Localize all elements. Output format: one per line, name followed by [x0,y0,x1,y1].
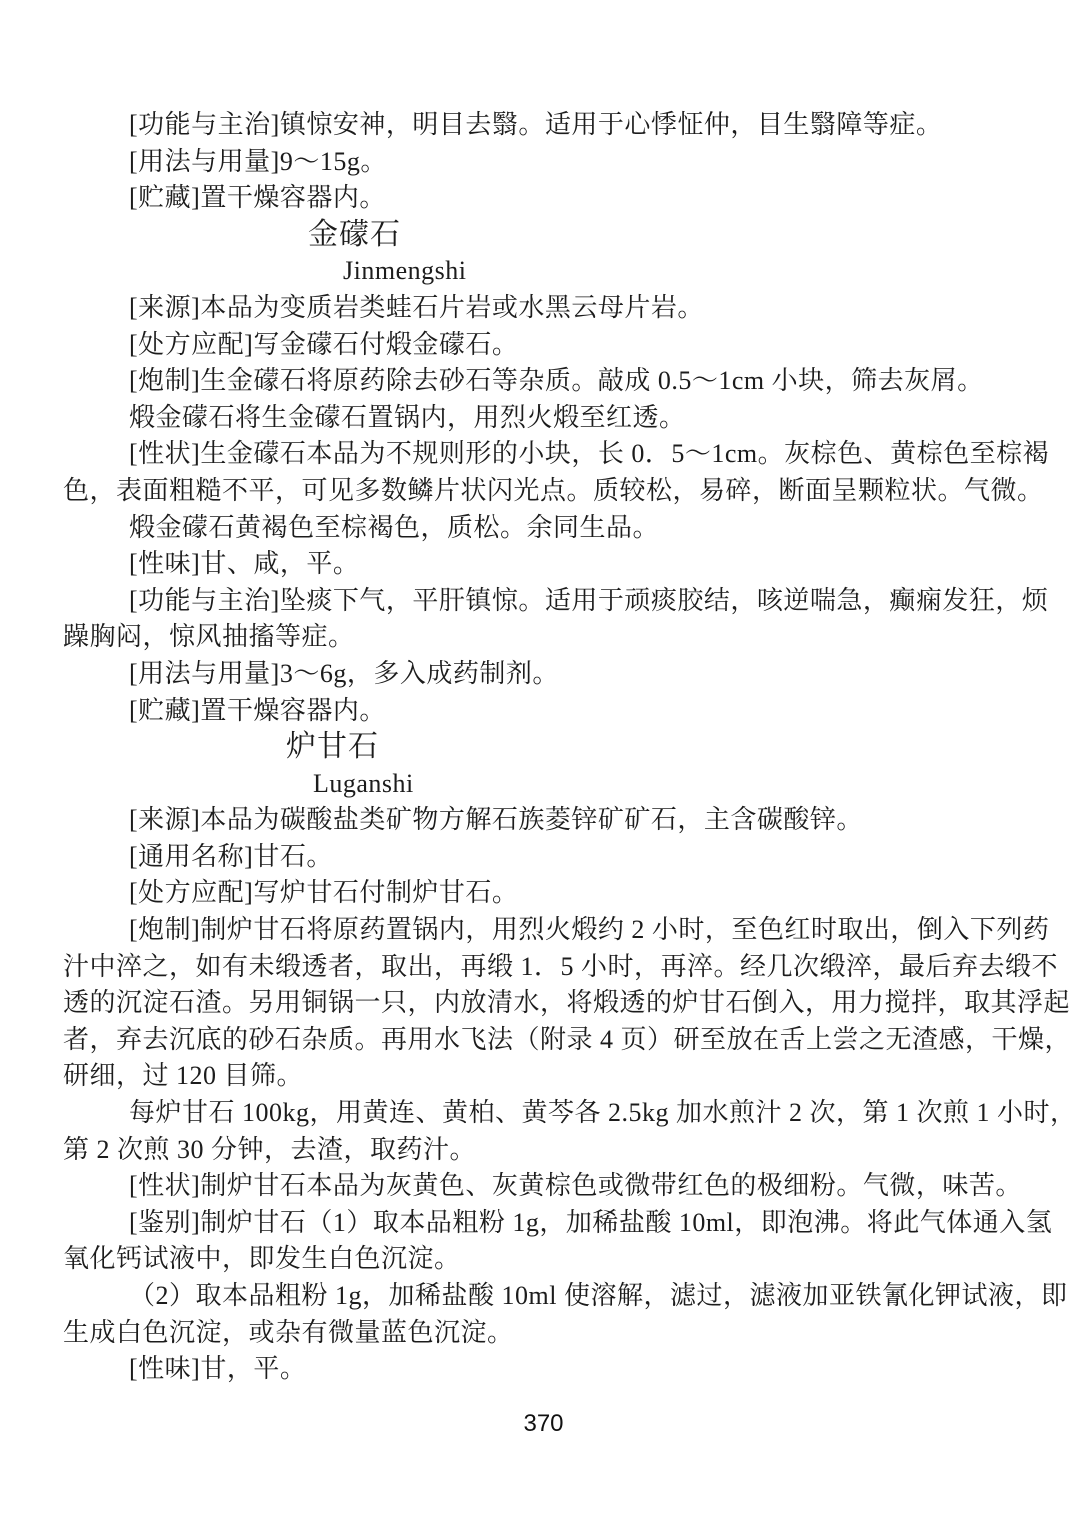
text-line: [性味]甘、咸，平。 [63,546,1027,583]
text-line: [炮制]生金礞石将原药除去砂石等杂质。敲成 0.5～1cm 小块，筛去灰屑。 [63,363,1027,400]
section-title: 金礞石 [308,217,1027,254]
page-number: 370 [0,1410,1087,1438]
text-line: 氧化钙试液中，即发生白色沉淀。 [63,1241,1027,1278]
text-line: [处方应配]写金礞石付煅金礞石。 [63,327,1027,364]
text-line: [鉴别]制炉甘石（1）取本品粗粉 1g，加稀盐酸 10ml，即泡沸。将此气体通入… [63,1205,1027,1242]
text-line: （2）取本品粗粉 1g，加稀盐酸 10ml 使溶解，滤过，滤液加亚铁氰化钾试液，… [63,1278,1027,1315]
text-line: 煅金礞石黄褐色至棕褐色，质松。余同生品。 [63,510,1027,547]
text-line: [来源]本品为碳酸盐类矿物方解石族菱锌矿矿石，主含碳酸锌。 [63,802,1027,839]
text-line: [性状]生金礞石本品为不规则形的小块，长 0．5～1cm。灰棕色、黄棕色至棕褐 [63,436,1027,473]
text-line: 每炉甘石 100kg，用黄连、黄柏、黄芩各 2.5kg 加水煎汁 2 次，第 1… [63,1095,1027,1132]
text-line: 生成白色沉淀，或杂有微量蓝色沉淀。 [63,1315,1027,1352]
text-line: [处方应配]写炉甘石付制炉甘石。 [63,875,1027,912]
section-title: 炉甘石 [286,729,1027,766]
text-line: [用法与用量]9～15g。 [63,144,1027,181]
text-line: [炮制]制炉甘石将原药置锅内，用烈火煅约 2 小时，至色红时取出，倒入下列药 [63,912,1027,949]
text-line: [来源]本品为变质岩类蛙石片岩或水黑云母片岩。 [63,290,1027,327]
text-line: [性味]甘，平。 [63,1351,1027,1388]
text-line: [通用名称]甘石。 [63,839,1027,876]
text-line: 第 2 次煎 30 分钟，去渣，取药汁。 [63,1132,1027,1169]
text-line: 煅金礞石将生金礞石置锅内，用烈火煅至红透。 [63,400,1027,437]
text-line: 研细，过 120 目筛。 [63,1058,1027,1095]
text-line: [功能与主治]坠痰下气，平肝镇惊。适用于顽痰胶结，咳逆喘急，癫痫发狂，烦 [63,583,1027,620]
text-line: 汁中淬之，如有未缎透者，取出，再缎 1．5 小时，再淬。经几次缎淬，最后弃去缎不 [63,949,1027,986]
section-pinyin: Luganshi [313,766,1027,803]
text-line: 者，弃去沉底的砂石杂质。再用水飞法（附录 4 页）研至放在舌上尝之无渣感，干燥， [63,1022,1027,1059]
document-body: [功能与主治]镇惊安神，明目去翳。适用于心悸怔仲，目生翳障等症。[用法与用量]9… [63,107,1027,1388]
section-pinyin: Jinmengshi [343,253,1027,290]
text-line: [性状]制炉甘石本品为灰黄色、灰黄棕色或微带红色的极细粉。气微，味苦。 [63,1168,1027,1205]
document-page: [功能与主治]镇惊安神，明目去翳。适用于心悸怔仲，目生翳障等症。[用法与用量]9… [0,0,1087,1536]
text-line: [用法与用量]3～6g，多入成药制剂。 [63,656,1027,693]
text-line: [贮藏]置干燥容器内。 [63,693,1027,730]
text-line: [贮藏]置干燥容器内。 [63,180,1027,217]
text-line: 色，表面粗糙不平，可见多数鳞片状闪光点。质较松，易碎，断面呈颗粒状。气微。 [63,473,1027,510]
text-line: 透的沉淀石渣。另用铜锅一只，内放清水，将煅透的炉甘石倒入，用力搅拌，取其浮起 [63,985,1027,1022]
text-line: [功能与主治]镇惊安神，明目去翳。适用于心悸怔仲，目生翳障等症。 [63,107,1027,144]
text-line: 躁胸闷，惊风抽搐等症。 [63,619,1027,656]
